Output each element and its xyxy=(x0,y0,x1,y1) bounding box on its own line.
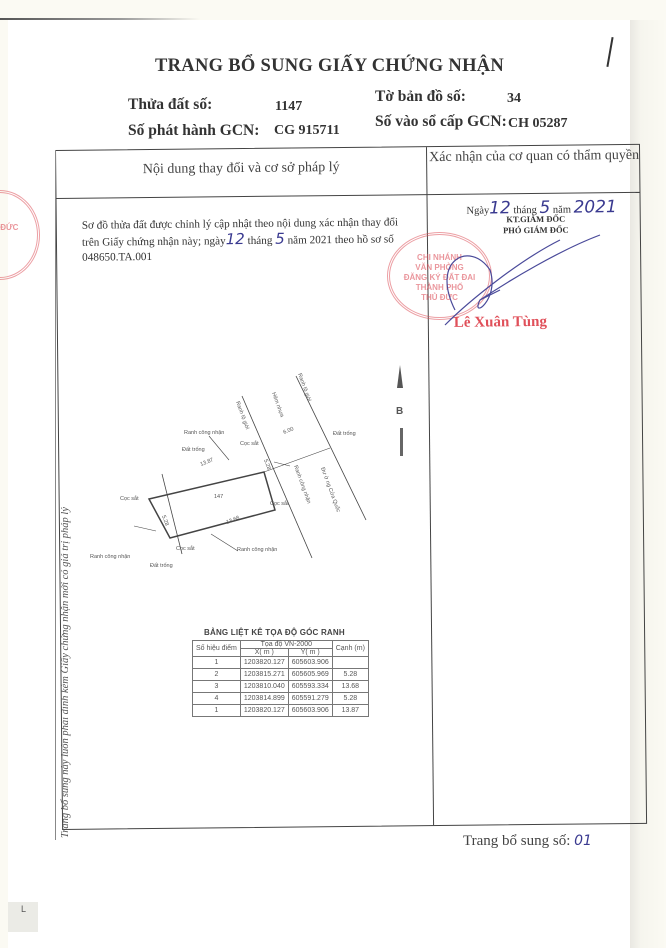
svg-text:Đư ờ ng Cửa Quốc: Đư ờ ng Cửa Quốc xyxy=(319,466,342,513)
coordinate-table: BẢNG LIỆT KÊ TỌA ĐỘ GÓC RANH Số hiệu điể… xyxy=(192,628,369,717)
svg-text:Cọc sắt: Cọc sắt xyxy=(176,545,195,552)
table-row: 31203810.040605593.33413.68 xyxy=(193,681,369,693)
svg-text:147: 147 xyxy=(214,494,223,500)
table-row: 21203815.271605605.9695.28 xyxy=(193,669,369,681)
svg-text:Cọc sắt: Cọc sắt xyxy=(120,495,139,502)
table-row: 11203820.127605603.90613.87 xyxy=(193,705,369,717)
svg-text:Ranh lộ giới: Ranh lộ giới xyxy=(234,401,250,431)
table-row: 41203814.899605591.2795.28 xyxy=(193,693,369,705)
svg-text:Ranh công nhận: Ranh công nhận xyxy=(237,547,277,553)
svg-text:13.68: 13.68 xyxy=(226,515,241,526)
supplement-page-number: Trang bổ sung số: 01 xyxy=(463,833,592,850)
svg-text:B: B xyxy=(396,406,403,417)
svg-text:13.87: 13.87 xyxy=(200,457,215,468)
svg-text:Ranh công nhận: Ranh công nhận xyxy=(90,554,130,560)
table-row: 11203820.127605603.906 xyxy=(193,657,369,669)
svg-text:Cọc sắt: Cọc sắt xyxy=(240,440,259,447)
plot-diagram: Ranh công nhận Đất trống Cọc sắt Đất trố… xyxy=(0,0,666,948)
svg-text:6.00: 6.00 xyxy=(283,426,295,436)
svg-text:Đất trống: Đất trống xyxy=(333,431,356,437)
north-arrow-icon: B xyxy=(396,365,403,456)
margin-line xyxy=(55,150,56,840)
svg-text:Đất trống: Đất trống xyxy=(150,563,173,569)
svg-text:Đất trống: Đất trống xyxy=(182,447,205,453)
svg-text:Hẻm nhựa: Hẻm nhựa xyxy=(270,392,285,419)
corner-mark: L xyxy=(8,902,38,932)
svg-text:Ranh lộ giới: Ranh lộ giới xyxy=(296,373,312,403)
svg-text:Cọc sắt: Cọc sắt xyxy=(270,500,289,507)
svg-text:Ranh công nhận: Ranh công nhận xyxy=(184,430,224,436)
side-note: Trang bổ sung này luôn phải đính kèm Giấ… xyxy=(60,518,71,838)
svg-text:Ranh công nhận: Ranh công nhận xyxy=(292,465,311,505)
parcel-boundary xyxy=(149,472,275,538)
